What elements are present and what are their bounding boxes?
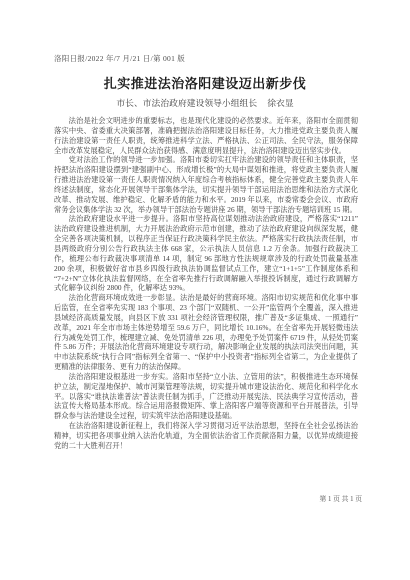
article-paragraph: 法治是社会文明进步的重要标志，也是现代化建设的必然要求。近年来，洛阳市全面贯彻落… (54, 116, 358, 155)
document-page: 洛阳日报/2022 年/7 月/21 日/第 001 版 扎实推进法治洛阳建设迈… (0, 0, 410, 580)
article-paragraph: 法治化营商环境成效进一步彰显。法治是最好的营商环境。洛阳市切实规范和优化事中事后… (54, 293, 358, 372)
byline-author: 徐衣显 (267, 98, 293, 108)
page-number: 第 1 页 共 1 页 (320, 493, 362, 503)
article-paragraph: 党对法治工作的领导进一步加强。洛阳市委切实扛牢法治建设的领导责任和主体职责，坚持… (54, 155, 358, 214)
article-paragraph: 法治政府建设水平进一步提升。洛阳市坚持高位谋划推动法治政府建设，严格落实“121… (54, 214, 358, 293)
article-paragraph: 在法治洛阳建设新征程上，我们将深入学习贯彻习近平法治思想，坚持在全社会弘扬法治精… (54, 421, 358, 451)
article-title: 扎实推进法治洛阳建设迈出新步伐 (0, 73, 410, 92)
byline: 市长、市法治政府建设领导小组组长 徐衣显 (0, 96, 410, 109)
byline-role: 市长、市法治政府建设领导小组组长 (116, 98, 257, 108)
article-body: 法治是社会文明进步的重要标志，也是现代化建设的必然要求。近年来，洛阳市全面贯彻落… (54, 116, 358, 451)
article-paragraph: 法治洛阳建设根基进一步夯实。洛阳市坚持“立小法、立管用的法”，积极推进生态环境保… (54, 372, 358, 421)
publication-header: 洛阳日报/2022 年/7 月/21 日/第 001 版 (54, 53, 185, 64)
